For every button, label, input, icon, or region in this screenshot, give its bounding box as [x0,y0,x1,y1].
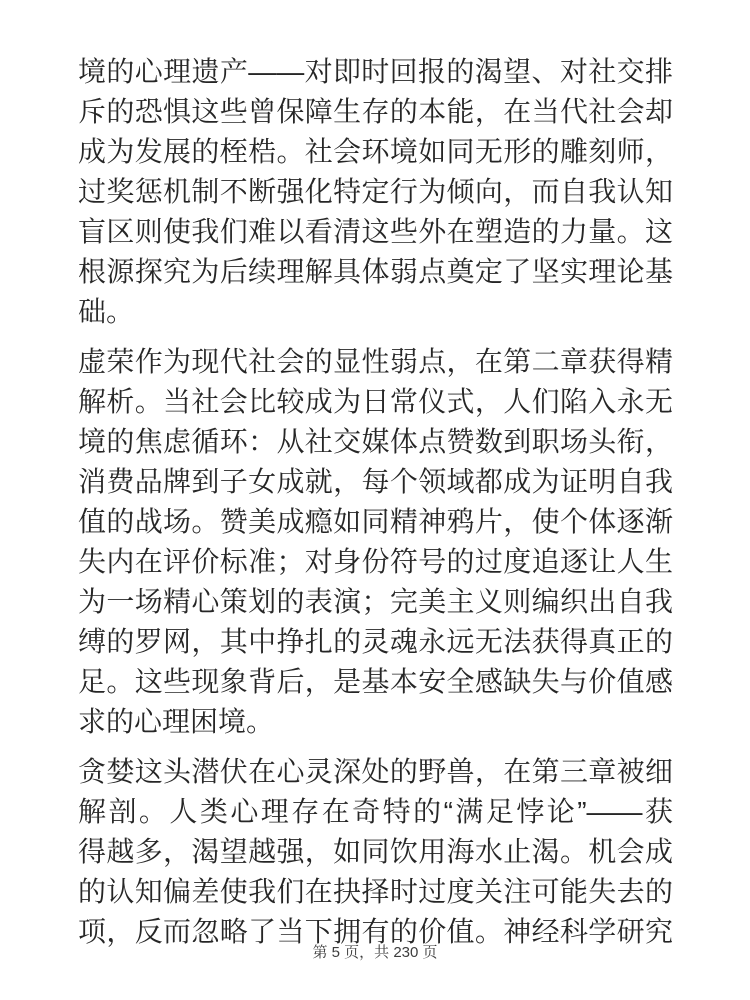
text-line: 虚荣作为现代社会的显性弱点，在第二章获得精妙 [78,342,673,382]
text-line: 斥的恐惧这些曾保障生存的本能，在当代社会却常 [78,92,673,132]
paragraph-vanity-chapter-two: 虚荣作为现代社会的显性弱点，在第二章获得精妙 解析。当社会比较成为日常仪式，人们… [78,342,673,742]
text-line: 境的焦虑循环：从社交媒体点赞数到职场头衔，从 [78,422,673,462]
text-line: 足。这些现象背后，是基本安全感缺失与价值感外 [78,662,673,702]
text-line: 得越多，渴望越强，如同饮用海水止渴。机会成本 [78,832,673,872]
text-line: 求的心理困境。 [78,702,673,742]
text-line: 缚的罗网，其中挣扎的灵魂永远无法获得真正的满 [78,622,673,662]
text-line: 盲区则使我们难以看清这些外在塑造的力量。这种 [78,212,673,252]
text-line: 解析。当社会比较成为日常仪式，人们陷入永无止 [78,382,673,422]
paragraph-roots-of-weakness: 境的心理遗产——对即时回报的渴望、对社交排 斥的恐惧这些曾保障生存的本能，在当代… [78,52,673,332]
text-line: 解剖。人类心理存在奇特的“满足悖论”——获 [78,792,673,832]
text-line: 消费品牌到子女成就，每个领域都成为证明自我价 [78,462,673,502]
page-content: 境的心理遗产——对即时回报的渴望、对社交排 斥的恐惧这些曾保障生存的本能，在当代… [78,52,673,962]
paragraph-greed-chapter-three: 贪婪这头潜伏在心灵深处的野兽，在第三章被细致 解剖。人类心理存在奇特的“满足悖论… [78,752,673,952]
text-line: 为一场精心策划的表演；完美主义则编织出自我束 [78,582,673,622]
text-line: 过奖惩机制不断强化特定行为倾向，而自我认知的 [78,172,673,212]
page-footer: 第 5 页，共 230 页 [0,944,750,962]
text-line: 失内在评价标准；对身份符号的过度追逐让人生沦 [78,542,673,582]
text-line: 的认知偏差使我们在抉择时过度关注可能失去的选 [78,872,673,912]
text-line: 值的战场。赞美成瘾如同精神鸦片，使个体逐渐丧 [78,502,673,542]
page-number-indicator: 第 5 页，共 230 页 [312,944,437,961]
document-page: 境的心理遗产——对即时回报的渴望、对社交排 斥的恐惧这些曾保障生存的本能，在当代… [0,0,750,1000]
text-line: 础。 [78,292,673,332]
text-line: 境的心理遗产——对即时回报的渴望、对社交排 [78,52,673,92]
text-line: 成为发展的桎梏。社会环境如同无形的雕刻师，通 [78,132,673,172]
text-line: 贪婪这头潜伏在心灵深处的野兽，在第三章被细致 [78,752,673,792]
text-line: 根源探究为后续理解具体弱点奠定了坚实理论基 [78,252,673,292]
